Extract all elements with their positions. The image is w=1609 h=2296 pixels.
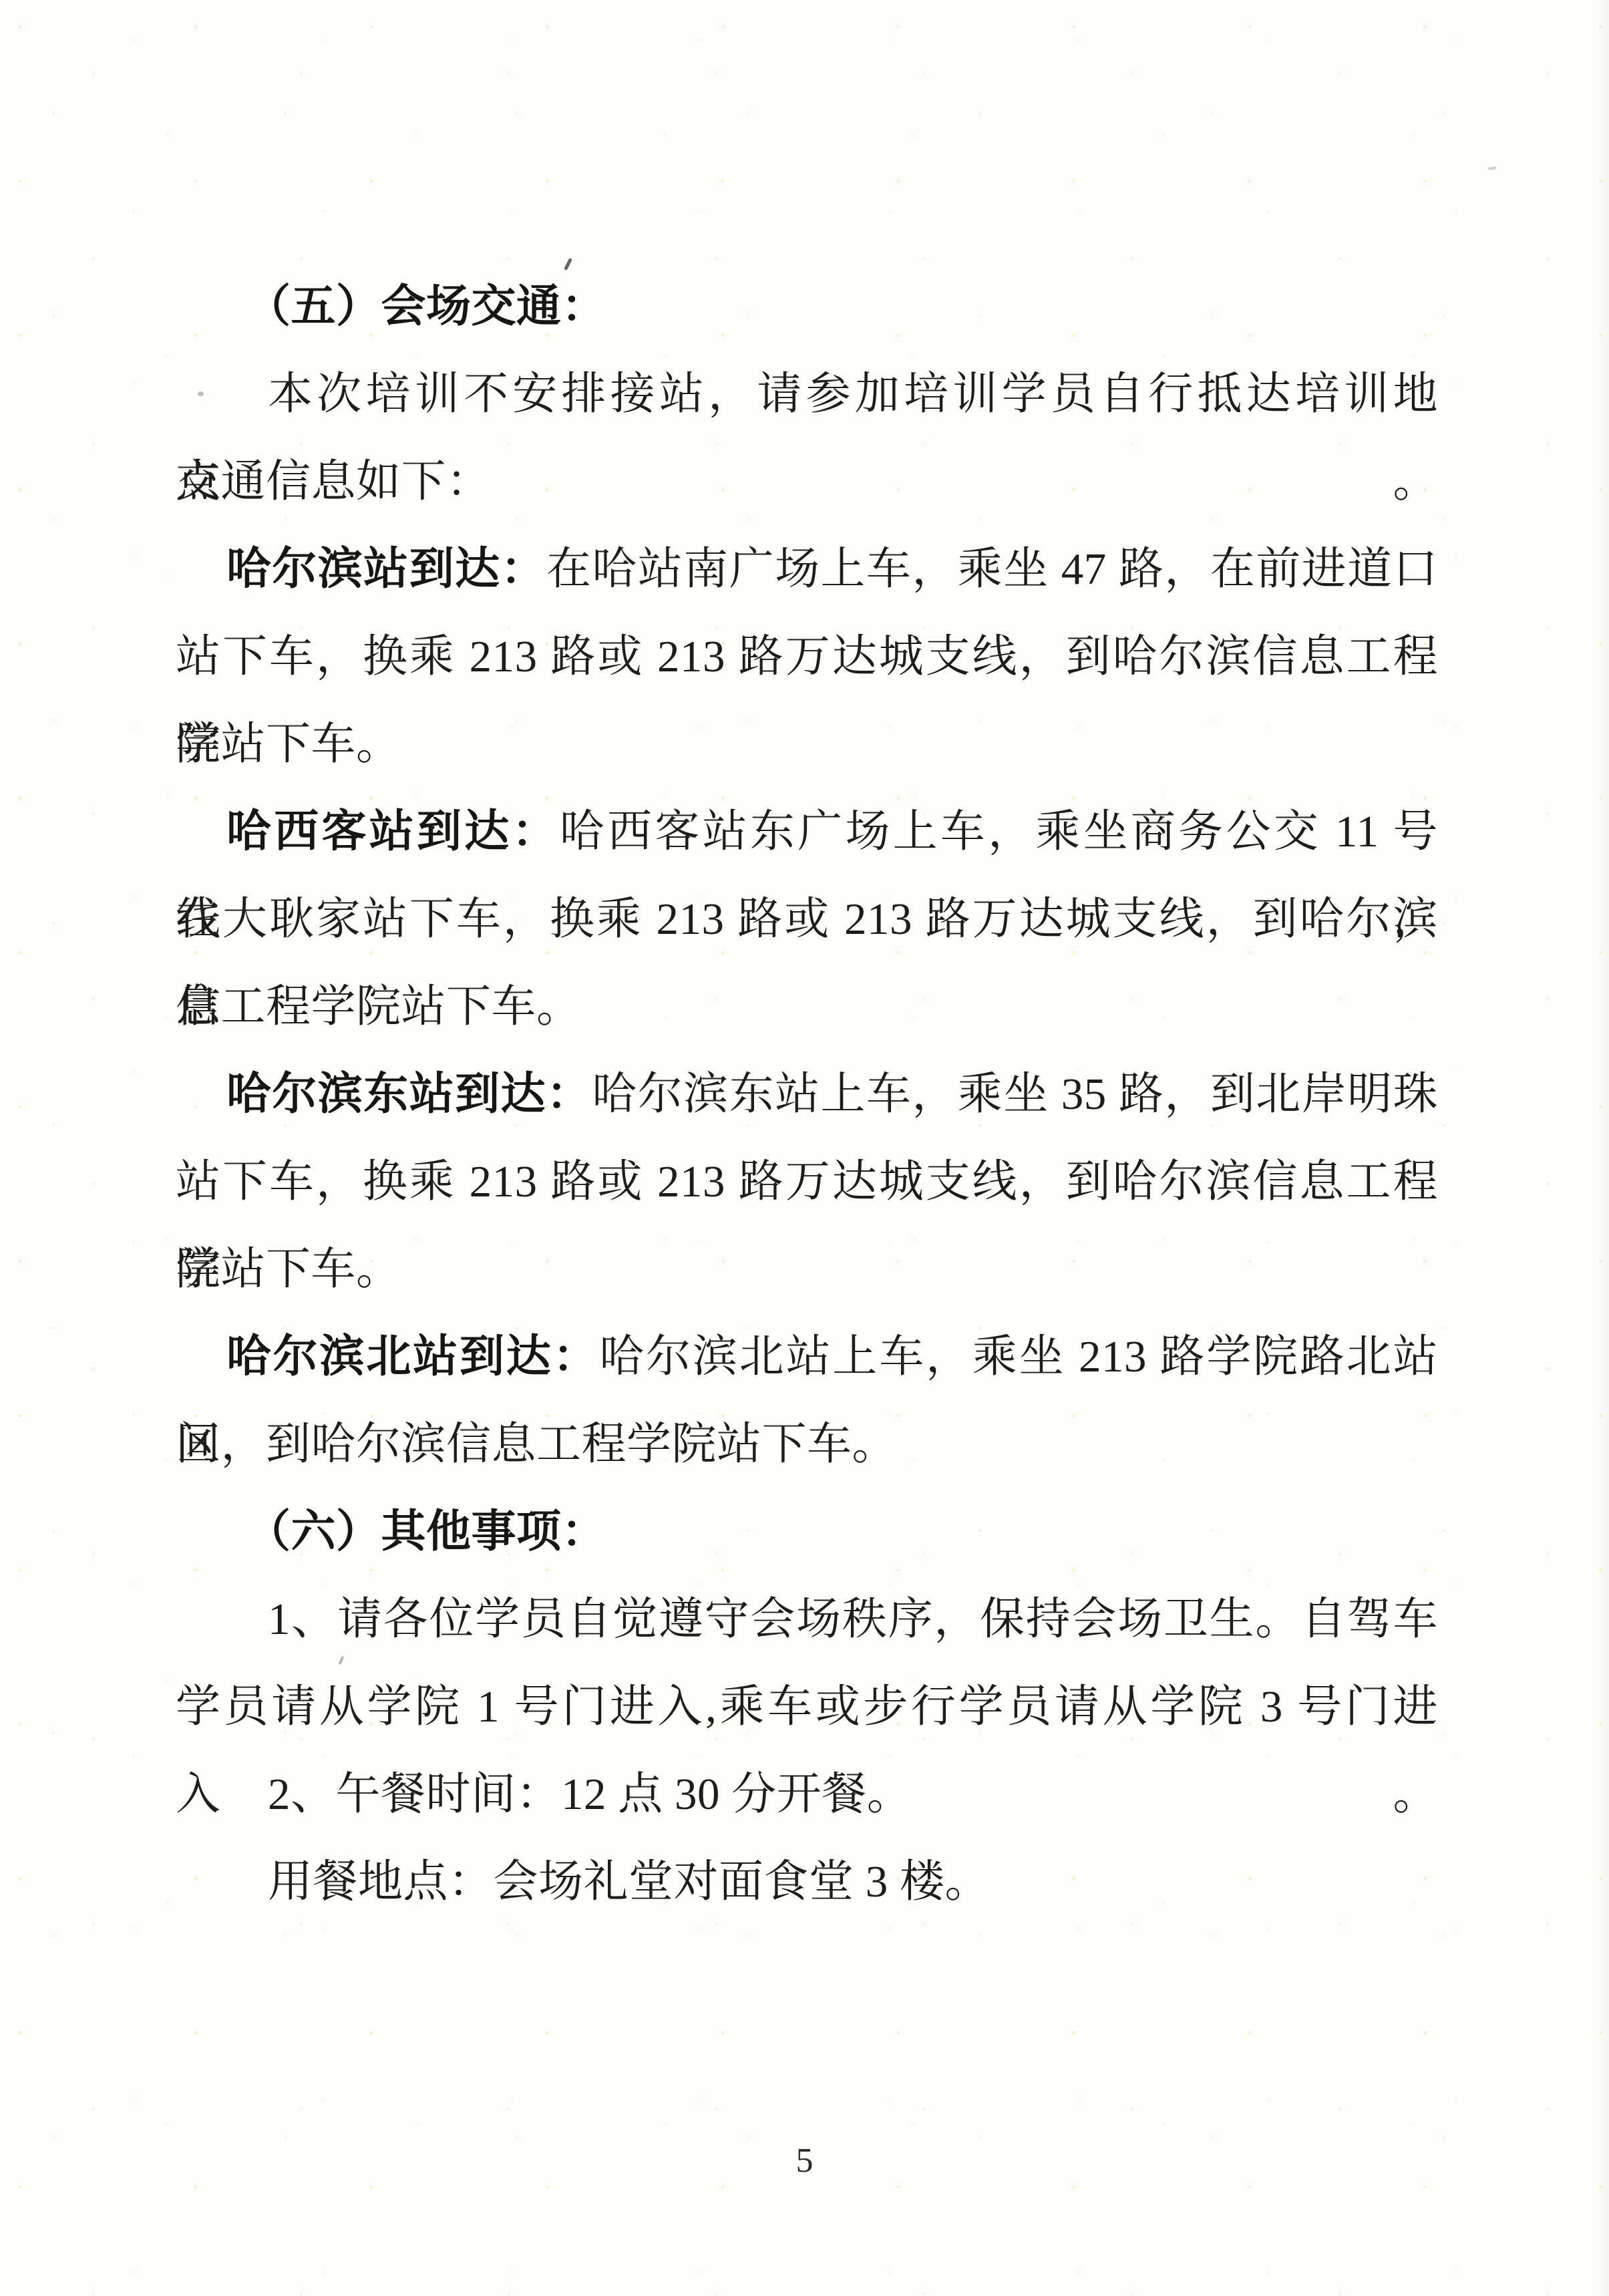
text-run: 院站下车。 xyxy=(176,719,401,769)
text-run: 1、请各位学员自觉遵守会场秩序，保持会场卫生。自驾车 xyxy=(268,1595,1438,1644)
haxi-station-line-2: 在大耿家站下车，换乘 213 路或 213 路万达城支线，到哈尔滨信 xyxy=(176,876,1438,963)
text-run: 在哈站南广场上车，乘坐 47 路，在前进道口 xyxy=(546,544,1438,594)
note-3-line: 用餐地点：会场礼堂对面食堂 3 楼。 xyxy=(176,1838,1438,1926)
harbin-station-line-1: 哈尔滨站到达：在哈站南广场上车，乘坐 47 路，在前进道口 xyxy=(176,526,1438,613)
station-name-bold: 哈西客站到达： xyxy=(226,807,560,856)
text-run: 交通信息如下： xyxy=(176,457,492,506)
scan-edge-shade xyxy=(1594,0,1609,2296)
harbin-station-line-2: 站下车，换乘 213 路或 213 路万达城支线，到哈尔滨信息工程学 xyxy=(176,613,1438,701)
haxi-station-line-3: 息工程学院站下车。 xyxy=(176,963,1438,1051)
page-number: 5 xyxy=(0,2141,1609,2181)
station-name-bold: 哈尔滨东站到达： xyxy=(226,1070,592,1119)
note-1-line-1: 1、请各位学员自觉遵守会场秩序，保持会场卫生。自驾车 xyxy=(176,1576,1438,1663)
section-6-heading: （六）其他事项： xyxy=(176,1488,1438,1576)
harbin-station-line-3: 院站下车。 xyxy=(176,701,1438,788)
harbin-north-line-1: 哈尔滨北站到达：哈尔滨北站上车，乘坐 213 路学院路北站区 xyxy=(176,1313,1438,1401)
note-1-line-2: 学员请从学院 1 号门进入,乘车或步行学员请从学院 3 号门进入。 xyxy=(176,1663,1438,1751)
station-name-bold: 哈尔滨北站到达： xyxy=(226,1332,599,1381)
station-name-bold: 哈尔滨站到达： xyxy=(226,544,546,594)
text-run: 用餐地点：会场礼堂对面食堂 3 楼。 xyxy=(268,1857,990,1907)
document-body: （五）会场交通： 本次培训不安排接站，请参加培训学员自行抵达培训地点。 交通信息… xyxy=(176,263,1438,1926)
section-6-heading-text: （六）其他事项： xyxy=(246,1507,606,1556)
section-5-heading: （五）会场交通： xyxy=(176,263,1438,351)
haxi-station-line-1: 哈西客站到达：哈西客站东广场上车，乘坐商务公交 11 号线， xyxy=(176,788,1438,876)
harbin-east-line-1: 哈尔滨东站到达：哈尔滨东站上车，乘坐 35 路，到北岸明珠 xyxy=(176,1051,1438,1138)
harbin-east-line-3: 院站下车。 xyxy=(176,1226,1438,1313)
scanned-document-page: { "doc": { "page_number": "5", "colors":… xyxy=(0,0,1609,2296)
text-run: 息工程学院站下车。 xyxy=(176,982,582,1031)
text-run: 院站下车。 xyxy=(176,1245,401,1294)
text-run: 间，到哈尔滨信息工程学院站下车。 xyxy=(176,1420,897,1469)
text-run: 哈尔滨东站上车，乘坐 35 路，到北岸明珠 xyxy=(592,1070,1438,1119)
intro-line-1: 本次培训不安排接站，请参加培训学员自行抵达培训地点。 xyxy=(176,351,1438,438)
text-run: 2、午餐时间：12 点 30 分开餐。 xyxy=(268,1770,912,1819)
section-5-heading-text: （五）会场交通： xyxy=(246,282,606,331)
harbin-north-line-2: 间，到哈尔滨信息工程学院站下车。 xyxy=(176,1401,1438,1488)
harbin-east-line-2: 站下车，换乘 213 路或 213 路万达城支线，到哈尔滨信息工程学 xyxy=(176,1138,1438,1226)
scan-artifact-dash xyxy=(1488,166,1496,170)
